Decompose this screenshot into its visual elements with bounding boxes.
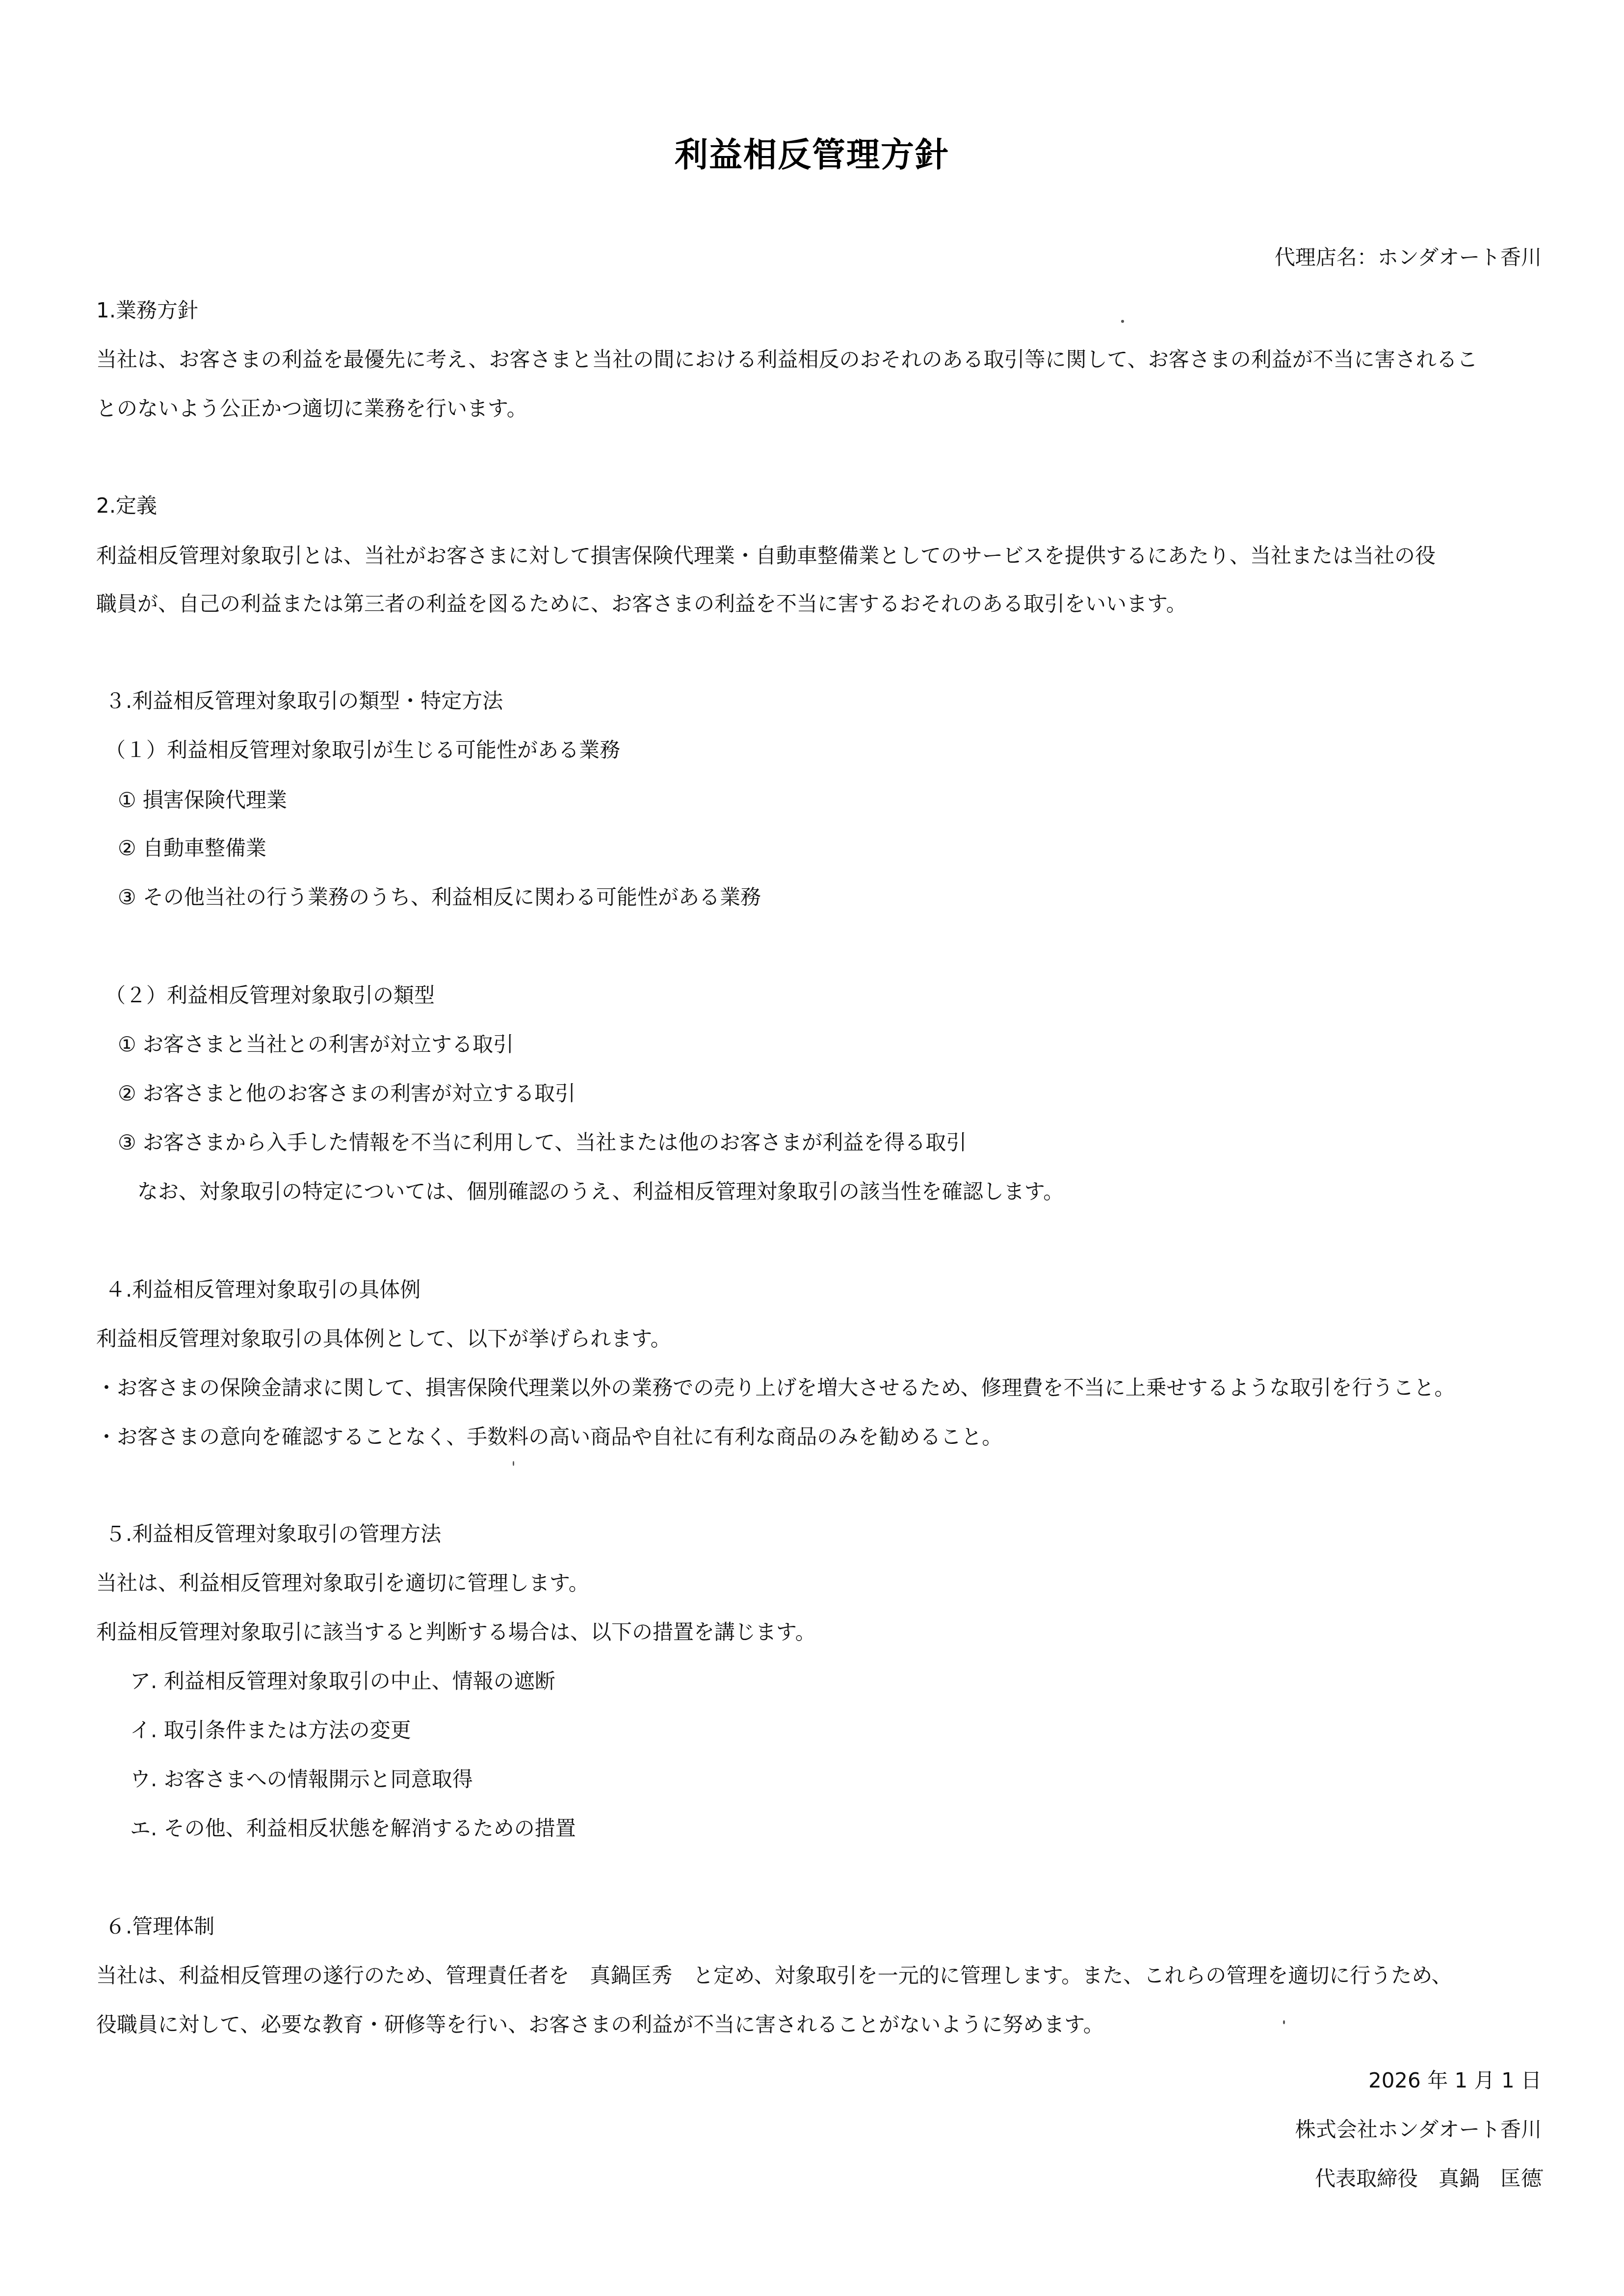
section-5-text-line: 当社は、利益相反管理対象取引を適切に管理します。	[96, 1573, 589, 1593]
section-3-sub2-item: ③ お客さまから入手した情報を不当に利用して、当社または他のお客さまが利益を得る…	[118, 1132, 967, 1153]
section-5-measure: ア. 利益相反管理対象取引の中止、情報の遮断	[130, 1671, 555, 1692]
section-5-text-line: 利益相反管理対象取引に該当すると判断する場合は、以下の措置を講じます。	[96, 1622, 816, 1643]
section-4-heading: ４.利益相反管理対象取引の具体例	[105, 1279, 420, 1300]
section-3-sub2-heading: （２）利益相反管理対象取引の類型	[105, 985, 435, 1006]
section-6-heading: ６.管理体制	[105, 1916, 214, 1937]
section-3-sub1-item: ② 自動車整備業	[118, 838, 266, 859]
section-6-text-line: 当社は、利益相反管理の遂行のため、管理責任者を 真鍋匡秀 と定め、対象取引を一元…	[96, 1965, 1452, 1986]
section-5-measure: イ. 取引条件または方法の変更	[130, 1720, 411, 1741]
scan-speck	[513, 1461, 514, 1466]
section-5-heading: ５.利益相反管理対象取引の管理方法	[105, 1524, 441, 1544]
scan-speck	[1541, 2169, 1543, 2171]
section-5-measure: エ. その他、利益相反状態を解消するための措置	[130, 1818, 576, 1839]
section-3-sub1-heading: （１）利益相反管理対象取引が生じる可能性がある業務	[105, 740, 620, 760]
scan-speck	[1283, 2020, 1285, 2024]
section-2-text-line: 利益相反管理対象取引とは、当社がお客さまに対して損害保険代理業・自動車整備業とし…	[96, 546, 1436, 566]
section-2-text-line: 職員が、自己の利益または第三者の利益を図るために、お客さまの利益を不当に害するお…	[96, 594, 1187, 614]
section-3-sub1-item: ① 損害保険代理業	[118, 790, 287, 810]
section-3-sub1-item: ③ その他当社の行う業務のうち、利益相反に関わる可能性がある業務	[118, 887, 761, 908]
section-2-heading: 2.定義	[96, 496, 157, 516]
scan-speck	[1121, 320, 1124, 323]
document-title: 利益相反管理方針	[0, 129, 1624, 176]
section-3-note: なお、対象取引の特定については、個別確認のうえ、利益相反管理対象取引の該当性を確…	[137, 1181, 1064, 1202]
section-1-heading: 1.業務方針	[96, 300, 198, 321]
signature-representative: 代表取締役 真鍋 匡德	[1315, 2163, 1542, 2192]
section-4-bullet: ・お客さまの保険金請求に関して、損害保険代理業以外の業務での売り上げを増大させる…	[96, 1378, 1455, 1398]
section-4-bullet: ・お客さまの意向を確認することなく、手数料の高い商品や自社に有利な商品のみを勧め…	[96, 1427, 1002, 1447]
section-1-text-line: とのないよう公正かつ適切に業務を行います。	[96, 398, 527, 419]
section-3-sub2-item: ② お客さまと他のお客さまの利害が対立する取引	[118, 1083, 576, 1104]
document-page: 利益相反管理方針 代理店名：ホンダオート香川 1.業務方針 当社は、お客さまの利…	[0, 0, 1624, 2296]
section-3-sub2-item: ① お客さまと当社との利害が対立する取引	[118, 1034, 514, 1055]
section-4-intro: 利益相反管理対象取引の具体例として、以下が挙げられます。	[96, 1329, 671, 1349]
signature-date: 2026 年 1 月 1 日	[1368, 2064, 1542, 2094]
section-6-text-line: 役職員に対して、必要な教育・研修等を行い、お客さまの利益が不当に害されることがな…	[96, 2014, 1104, 2035]
agent-name-label: 代理店名：ホンダオート香川	[1275, 241, 1542, 271]
signature-company: 株式会社ホンダオート香川	[1295, 2113, 1542, 2143]
section-5-measure: ウ. お客さまへの情報開示と同意取得	[130, 1769, 473, 1790]
section-3-heading: ３.利益相反管理対象取引の類型・特定方法	[105, 691, 503, 711]
section-1-text-line: 当社は、お客さまの利益を最優先に考え、お客さまと当社の間における利益相反のおそれ…	[96, 349, 1478, 370]
